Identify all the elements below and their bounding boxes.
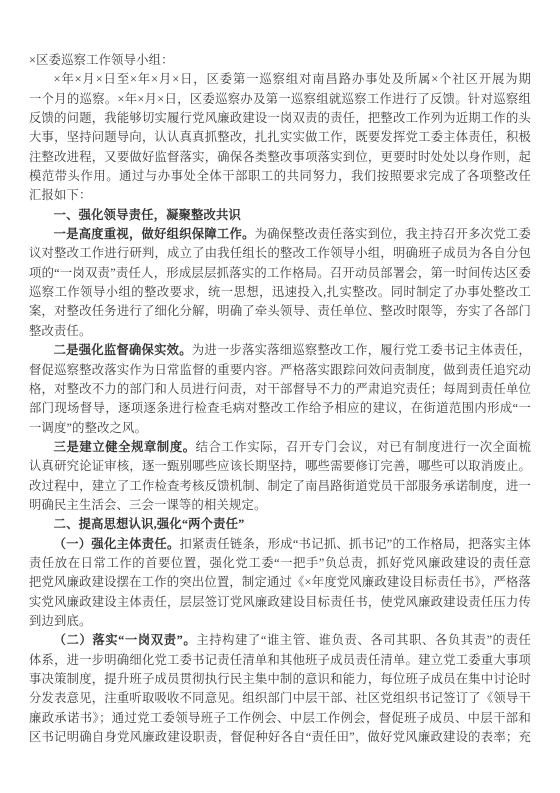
body-text: 明确民主生活会、三会一课等的相关规定。 xyxy=(29,498,266,512)
text-line: 改过程中，建立了工作检查考核反馈机制、制定了南昌路街道党员干部服务承诺制度，进一… xyxy=(29,477,531,496)
text-line: 格，对整改不力的部门和人员进行问责，对干部督导不力的严肃追究责任；每周到责任单位… xyxy=(29,380,531,399)
body-text: 汇报如下： xyxy=(29,188,92,202)
text-line: 反馈的问题，我能够切实履行党风廉政建设一岗双责的责任，把整改工作列为近期工作的头… xyxy=(29,109,531,128)
text-line: 事决策制度，提升班子成员贯彻执行民主集中制的意识和能力，每位班子成员在集中讨论时… xyxy=(29,670,531,689)
bold-text: （二）落实“一岗双责”。 xyxy=(54,633,197,647)
bold-text: 三是建立健全规章制度。 xyxy=(54,440,196,454)
bold-text: （一）强化主体责任。 xyxy=(54,537,180,551)
body-text: 体系，进一步明确细化党工委书记责任清单和其他班子成员责任清单。建立党工委重大事项… xyxy=(29,653,531,670)
body-text: 事决策制度，提升班子成员贯彻执行民主集中制的意识和能力，每位班子成员在集中讨论时… xyxy=(29,672,531,689)
body-text: 格，对整改不力的部门和人员进行问责，对干部督导不力的严肃追究责任；每周到责任单位… xyxy=(29,382,531,399)
text-line: 一调度”的整改之风。 xyxy=(29,419,531,438)
document-page: ×区委巡察工作领导小组：×年×月×日至×年×月×日，区委第一巡察组对南昌路办事处… xyxy=(0,0,560,793)
section-heading: 二、提高思想认识,强化“两个责任” xyxy=(29,515,531,534)
body-text: 区书记明确自身党风廉政建设职责，督促种好各自“责任田”，做好党风廉政建设的表率；… xyxy=(29,730,531,744)
text-line: 分发表意见，注重听取吸收不同意见。组织部门中层干部、社区党组织书记签订了《领导干… xyxy=(29,689,531,708)
text-line: 部门现场督导，逐项逐条进行检查毛病对整改工作给予相应的建议，在街道范围内形成“一… xyxy=(29,399,531,418)
body-text: 把党风廉政建设摆在工作的突出位置，制定通过《×年度党风廉政建设目标责任书》，严格… xyxy=(29,575,531,589)
text-line: 案，对整改任务进行了细化分解，明确了牵头领导、责任单位、整改时限等，夯实了各部门… xyxy=(29,302,531,321)
body-text: 案，对整改任务进行了细化分解，明确了牵头领导、责任单位、整改时限等，夯实了各部门… xyxy=(29,304,531,321)
bold-text: 一、强化领导责任，凝聚整改共识 xyxy=(54,208,241,222)
text-line: （一）强化主体责任。扣紧责任链条，形成“书记抓、抓书记”的工作格局，把落实主体 xyxy=(29,535,531,554)
text-line: 廉政承诺书》；通过党工委领导班子工作例会、中层工作例会，督促班子成员、中层干部和… xyxy=(29,709,531,728)
body-text: 主持构建了“谁主管、谁负责、各司其职、各负其责”的责任 xyxy=(196,633,531,647)
body-text: ×年×月×日至×年×月×日，区委第一巡察组对南昌路办事处及所属×个社区开展为期 xyxy=(54,72,531,86)
body-text: 模范带头作用。通过与办事处全体干部职工的共同努力，我们按照要求完成了各项整改任务… xyxy=(29,169,531,186)
section-heading: 一、强化领导责任，凝聚整改共识 xyxy=(29,206,531,225)
text-line: 明确民主生活会、三会一课等的相关规定。 xyxy=(29,496,531,515)
body-text: 扣紧责任链条，形成“书记抓、抓书记”的工作格局，把落实主体 xyxy=(180,537,531,551)
text-line: 责任放在日常工作的首要位置，强化党工委“一把手”负总责，抓好党风廉政建设的责任意… xyxy=(29,554,531,573)
text-line: 注整改进程，又要做好监督落实，确保各类整改事项落实到位，更要时时处处以身作则，起… xyxy=(29,148,531,167)
body-text: 一个月的巡察。×年×月×日，区委巡察办及第一巡察组就巡察工作进行了反馈。针对巡察… xyxy=(29,92,531,106)
bold-text: 二是强化监督确保实效。 xyxy=(54,343,192,357)
text-line: 区书记明确自身党风廉政建设职责，督促种好各自“责任田”，做好党风廉政建设的表率；… xyxy=(29,728,531,747)
body-text: 巡察工作领导小组的整改要求，统一思想，迅速投入,扎实整改。同时制定了办事处整改工… xyxy=(29,285,531,302)
body-text: ×区委巡察工作领导小组： xyxy=(29,53,174,67)
text-line: 到边到底。 xyxy=(29,612,531,631)
bold-text: 二、提高思想认识,强化“两个责任” xyxy=(54,517,245,531)
body-text: 改过程中，建立了工作检查考核反馈机制、制定了南昌路街道党员干部服务承诺制度，进一… xyxy=(29,479,531,496)
text-line: 巡察工作领导小组的整改要求，统一思想，迅速投入,扎实整改。同时制定了办事处整改工… xyxy=(29,283,531,302)
body-text: 反馈的问题，我能够切实履行党风廉政建设一岗双责的责任，把整改工作列为近期工作的头… xyxy=(29,111,531,128)
body-text: 分发表意见，注重听取吸收不同意见。组织部门中层干部、社区党组织书记签订了《领导干… xyxy=(29,691,531,708)
text-line: 认真研究论证审核，逐一甄别哪些应该长期坚持，哪些需要修订完善，哪些可以取消废止。… xyxy=(29,457,531,476)
body-text: 廉政承诺书》；通过党工委领导班子工作例会、中层工作例会，督促班子成员、中层干部和… xyxy=(29,711,531,728)
text-line: 整改责任。 xyxy=(29,322,531,341)
text-line: 督促巡察整改落实作为日常监督的重要内容。严格落实跟踪问效问责制度，做到责任追究动… xyxy=(29,361,531,380)
body-text: 注整改进程，又要做好监督落实，确保各类整改事项落实到位，更要时时处处以身作则，起… xyxy=(29,150,531,167)
text-line: 体系，进一步明确细化党工委书记责任清单和其他班子成员责任清单。建立党工委重大事项… xyxy=(29,651,531,670)
text-line: ×区委巡察工作领导小组： xyxy=(29,51,531,70)
body-text: 部门现场督导，逐项逐条进行检查毛病对整改工作给予相应的建议，在街道范围内形成“一… xyxy=(29,401,531,418)
document-body: ×区委巡察工作领导小组：×年×月×日至×年×月×日，区委第一巡察组对南昌路办事处… xyxy=(29,51,531,747)
text-line: 一个月的巡察。×年×月×日，区委巡察办及第一巡察组就巡察工作进行了反馈。针对巡察… xyxy=(29,90,531,109)
bold-text: 一是高度重视，做好组织保障工作。 xyxy=(54,227,255,241)
body-text: 项的“一岗双责”责任人，形成层层抓落实的工作格局。召开动员部署会，第一时间传达区… xyxy=(29,266,531,280)
text-line: 大事，坚持问题导向，认认真真抓整改，扎扎实实做工作，既要发挥党工委主体责任，积极… xyxy=(29,128,531,147)
body-text: 责任放在日常工作的首要位置，强化党工委“一把手”负总责，抓好党风廉政建设的责任意… xyxy=(29,556,531,573)
body-text: 一调度”的整改之风。 xyxy=(29,421,147,435)
body-text: 实党风廉政建设主体责任，层层签订党风廉政建设目标责任书，使党风廉政建设责任压力传… xyxy=(29,595,531,612)
text-line: 汇报如下： xyxy=(29,186,531,205)
text-line: （二）落实“一岗双责”。主持构建了“谁主管、谁负责、各司其职、各负其责”的责任 xyxy=(29,631,531,650)
body-text: 整改责任。 xyxy=(29,324,92,338)
text-line: ×年×月×日至×年×月×日，区委第一巡察组对南昌路办事处及所属×个社区开展为期 xyxy=(29,70,531,89)
text-line: 一是高度重视，做好组织保障工作。为确保整改责任落实到位，我主持召开多次党工委会 xyxy=(29,225,531,244)
text-line: 把党风廉政建设摆在工作的突出位置，制定通过《×年度党风廉政建设目标责任书》，严格… xyxy=(29,573,531,592)
body-text: 到边到底。 xyxy=(29,614,92,628)
text-line: 二是强化监督确保实效。为进一步落实落细巡察整改工作，履行党工委书记主体责任，把 xyxy=(29,341,531,360)
text-line: 三是建立健全规章制度。结合工作实际，召开专门会议，对已有制度进行一次全面梳理， xyxy=(29,438,531,457)
text-line: 项的“一岗双责”责任人，形成层层抓落实的工作格局。召开动员部署会，第一时间传达区… xyxy=(29,264,531,283)
body-text: 议对整改工作进行研判，成立了由我任组长的整改工作领导小组，明确班子成员为各自分包… xyxy=(29,246,531,263)
body-text: 督促巡察整改落实作为日常监督的重要内容。严格落实跟踪问效问责制度，做到责任追究动… xyxy=(29,363,531,380)
text-line: 实党风廉政建设主体责任，层层签订党风廉政建设目标责任书，使党风廉政建设责任压力传… xyxy=(29,593,531,612)
body-text: 认真研究论证审核，逐一甄别哪些应该长期坚持，哪些需要修订完善，哪些可以取消废止。… xyxy=(29,459,531,476)
body-text: 大事，坚持问题导向，认认真真抓整改，扎扎实实做工作，既要发挥党工委主体责任，积极… xyxy=(29,130,531,147)
text-line: 议对整改工作进行研判，成立了由我任组长的整改工作领导小组，明确班子成员为各自分包… xyxy=(29,244,531,263)
text-line: 模范带头作用。通过与办事处全体干部职工的共同努力，我们按照要求完成了各项整改任务… xyxy=(29,167,531,186)
